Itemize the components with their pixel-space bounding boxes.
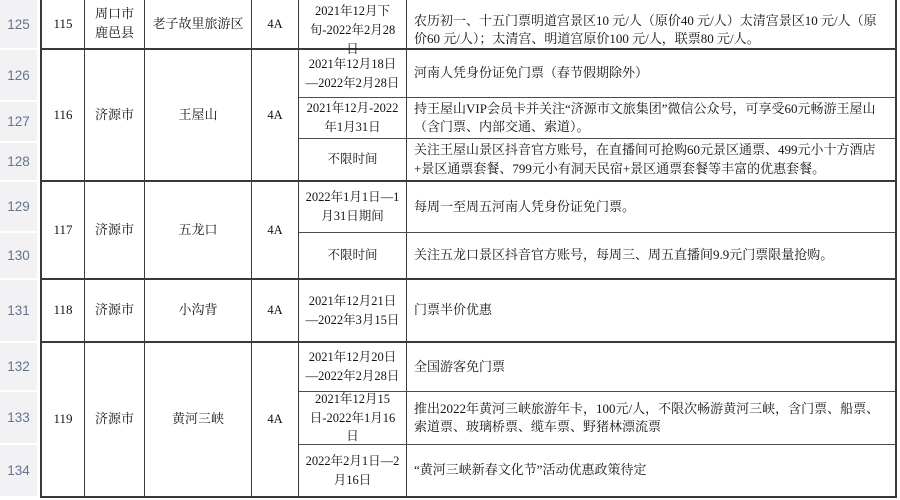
attraction-cell[interactable]: 小沟背 (145, 280, 252, 341)
attraction-cell[interactable]: 五龙口 (145, 182, 252, 278)
row-number[interactable]: 133 (0, 392, 37, 445)
offer-cell[interactable]: 门票半价优惠 (407, 280, 895, 341)
table-group: 115 周口市鹿邑县 老子故里旅游区 4A 2021年12月下旬-2022年2月… (42, 0, 895, 50)
row-number[interactable]: 134 (0, 445, 37, 498)
table-group: 119 济源市 黄河三峡 4A 2021年12月20日—2022年2月28日 全… (42, 343, 895, 498)
rating-cell[interactable]: 4A (252, 280, 299, 341)
city-cell[interactable]: 周口市鹿邑县 (85, 0, 145, 48)
date-range-cell[interactable]: 2022年2月1日—2月16日 (299, 445, 407, 496)
offer-cell[interactable]: 持王屋山VIP会员卡并关注“济源市文旅集团”微信公众号，可享受60元畅游王屋山（… (407, 98, 895, 138)
offer-cell[interactable]: 关注五龙口景区抖音官方账号，每周三、周五直播间9.9元门票限量抢购。 (407, 233, 895, 278)
row-number-gutter: 125 126 127 128 129 130 131 132 133 134 (0, 0, 37, 498)
row-number[interactable]: 131 (0, 280, 37, 343)
date-range-cell[interactable]: 2021年12月20日—2022年2月28日 (299, 343, 407, 391)
row-number[interactable]: 126 (0, 50, 37, 102)
table-group: 117 济源市 五龙口 4A 2022年1月1日—1月31日期间 每周一至周五河… (42, 182, 895, 280)
serial-cell[interactable]: 119 (42, 343, 85, 496)
row-number[interactable]: 130 (0, 233, 37, 280)
city-cell[interactable]: 济源市 (85, 50, 145, 180)
offer-cell[interactable]: 推出2022年黄河三峡旅游年卡，100元/人，不限次畅游黄河三峡，含门票、船票、… (407, 392, 895, 444)
city-cell[interactable]: 济源市 (85, 280, 145, 341)
city-cell[interactable]: 济源市 (85, 343, 145, 496)
offer-cell[interactable]: “黄河三峡新春文化节”活动优惠政策待定 (407, 445, 895, 496)
date-range-cell[interactable]: 2022年1月1日—1月31日期间 (299, 182, 407, 232)
serial-cell[interactable]: 118 (42, 280, 85, 341)
date-range-cell[interactable]: 不限时间 (299, 139, 407, 180)
row-number[interactable]: 132 (0, 343, 37, 392)
date-range-cell[interactable]: 2021年12月21日—2022年3月15日 (299, 280, 407, 341)
serial-cell[interactable]: 117 (42, 182, 85, 278)
date-range-cell[interactable]: 2021年12月-2022年1月31日 (299, 98, 407, 138)
table-group: 116 济源市 王屋山 4A 2021年12月18日—2022年2月28日 河南… (42, 50, 895, 182)
rating-cell[interactable]: 4A (252, 0, 299, 48)
row-number[interactable]: 125 (0, 0, 37, 50)
serial-cell[interactable]: 115 (42, 0, 85, 48)
city-cell[interactable]: 济源市 (85, 182, 145, 278)
date-range-cell[interactable]: 2021年12月18日—2022年2月28日 (299, 50, 407, 97)
rating-cell[interactable]: 4A (252, 182, 299, 278)
rating-cell[interactable]: 4A (252, 343, 299, 496)
date-range-cell[interactable]: 不限时间 (299, 233, 407, 278)
offer-cell[interactable]: 每周一至周五河南人凭身份证免门票。 (407, 182, 895, 232)
date-range-cell[interactable]: 2021年12月15日-2022年1月16日 (299, 392, 407, 444)
ticket-discount-table: 115 周口市鹿邑县 老子故里旅游区 4A 2021年12月下旬-2022年2月… (40, 0, 897, 498)
attraction-cell[interactable]: 王屋山 (145, 50, 252, 180)
row-number[interactable]: 129 (0, 182, 37, 233)
offer-cell[interactable]: 全国游客免门票 (407, 343, 895, 391)
row-number[interactable]: 128 (0, 143, 37, 182)
rating-cell[interactable]: 4A (252, 50, 299, 180)
attraction-cell[interactable]: 老子故里旅游区 (145, 0, 252, 48)
offer-cell[interactable]: 关注王屋山景区抖音官方账号，在直播间可抢购60元景区通票、499元小十方酒店+景… (407, 139, 895, 180)
table-group: 118 济源市 小沟背 4A 2021年12月21日—2022年3月15日 门票… (42, 280, 895, 343)
attraction-cell[interactable]: 黄河三峡 (145, 343, 252, 496)
offer-cell[interactable]: 河南人凭身份证免门票（春节假期除外） (407, 50, 895, 97)
serial-cell[interactable]: 116 (42, 50, 85, 180)
row-number[interactable]: 127 (0, 102, 37, 143)
